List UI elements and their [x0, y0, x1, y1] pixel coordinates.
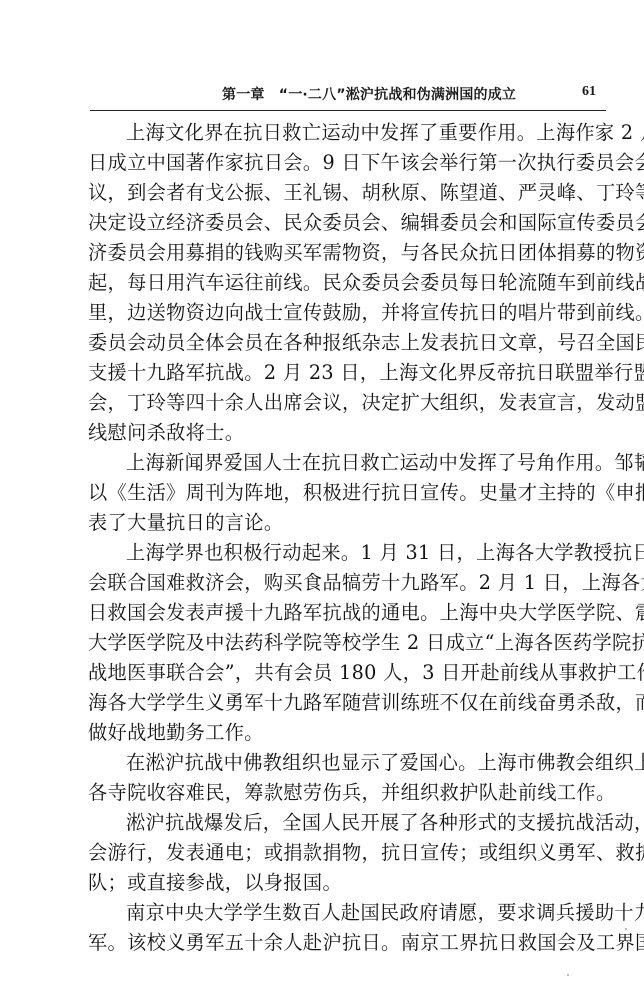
text-line: 会联合国难救济会，购买食品犒劳十九路军。2 月 1 日，上海各大学抗 [88, 571, 608, 601]
text-line: 决定设立经济委员会、民众委员会、编辑委员会和国际宣传委员会。经 [88, 211, 608, 241]
text-line: 日成立中国著作家抗日会。9 日下午该会举行第一次执行委员会会 [88, 151, 608, 181]
text-line: 起，每日用汽车运往前线。民众委员会委员每日轮流随车到前线战壕 [88, 271, 608, 301]
text-line: 军。该校义勇军五十余人赴沪抗日。南京工界抗日救国会及工界国民 [88, 931, 608, 961]
text-line: 战地医事联合会”，共有会员 180 人，3 日开赴前线从事救护工作。上 [88, 661, 608, 691]
body-text: 上海文化界在抗日救亡运动中发挥了重要作用。上海作家 2 月 8 日成立中国著作家… [88, 121, 608, 961]
running-header: 第一章 “一·二八”淞沪抗战和伪满洲国的成立 61 [90, 84, 606, 106]
text-line: 支援十九路军抗战。2 月 23 日，上海文化界反帝抗日联盟举行盟员大 [88, 361, 608, 391]
text-line: 各寺院收容难民，筹款慰劳伤兵，并组织救护队赴前线工作。 [88, 781, 608, 811]
text-line: 大学医学院及中法药科学院等校学生 2 日成立“上海各医药学院抗日 [88, 631, 608, 661]
text-line: 线慰问杀敌将士。 [88, 421, 608, 451]
page-number: 61 [582, 84, 596, 100]
text-line: 委员会动员全体会员在各种报纸杂志上发表抗日文章，号召全国民众 [88, 331, 608, 361]
text-line: 上海学界也积极行动起来。1 月 31 日，上海各大学教授抗日救国 [88, 541, 608, 571]
text-line: 会游行，发表通电；或捐款捐物，抗日宣传；或组织义勇军、救护队、敢死 [88, 841, 608, 871]
text-line: 会，丁玲等四十余人出席会议，决定扩大组织，发表宣言，发动盟员赴前 [88, 391, 608, 421]
text-line: 队；或直接参战，以身报国。 [88, 871, 608, 901]
text-line: 上海文化界在抗日救亡运动中发挥了重要作用。上海作家 2 月 8 [88, 121, 608, 151]
text-line: 以《生活》周刊为阵地，积极进行抗日宣传。史量才主持的《申报》也发 [88, 481, 608, 511]
text-line: 济委员会用募捐的钱购买军需物资，与各民众抗日团体捐募的物资一 [88, 241, 608, 271]
text-line: 里，边送物资边向战士宣传鼓励，并将宣传抗日的唱片带到前线。宣传 [88, 301, 608, 331]
text-line: 表了大量抗日的言论。 [88, 511, 608, 541]
text-line: 议，到会者有戈公振、王礼锡、胡秋原、陈望道、严灵峰、丁玲等人。会议 [88, 181, 608, 211]
text-line: 日救国会发表声援十九路军抗战的通电。上海中央大学医学院、震旦 [88, 601, 608, 631]
header-rule [90, 110, 606, 111]
text-line: 淞沪抗战爆发后，全国人民开展了各种形式的支援抗战活动，或集 [88, 811, 608, 841]
chapter-title: 第一章 “一·二八”淞沪抗战和伪满洲国的成立 [222, 84, 516, 104]
text-line: 海各大学学生义勇军十九路军随营训练班不仅在前线奋勇杀敌，而且 [88, 691, 608, 721]
text-line: 南京中央大学学生数百人赴国民政府请愿，要求调兵援助十九路 [88, 901, 608, 931]
scan-speck [567, 974, 569, 976]
text-line: 上海新闻界爱国人士在抗日救亡运动中发挥了号角作用。邹韬奋 [88, 451, 608, 481]
text-line: 在淞沪抗战中佛教组织也显示了爱国心。上海市佛教会组织上海 [88, 751, 608, 781]
text-line: 做好战地勤务工作。 [88, 721, 608, 751]
scan-speck [625, 928, 627, 930]
